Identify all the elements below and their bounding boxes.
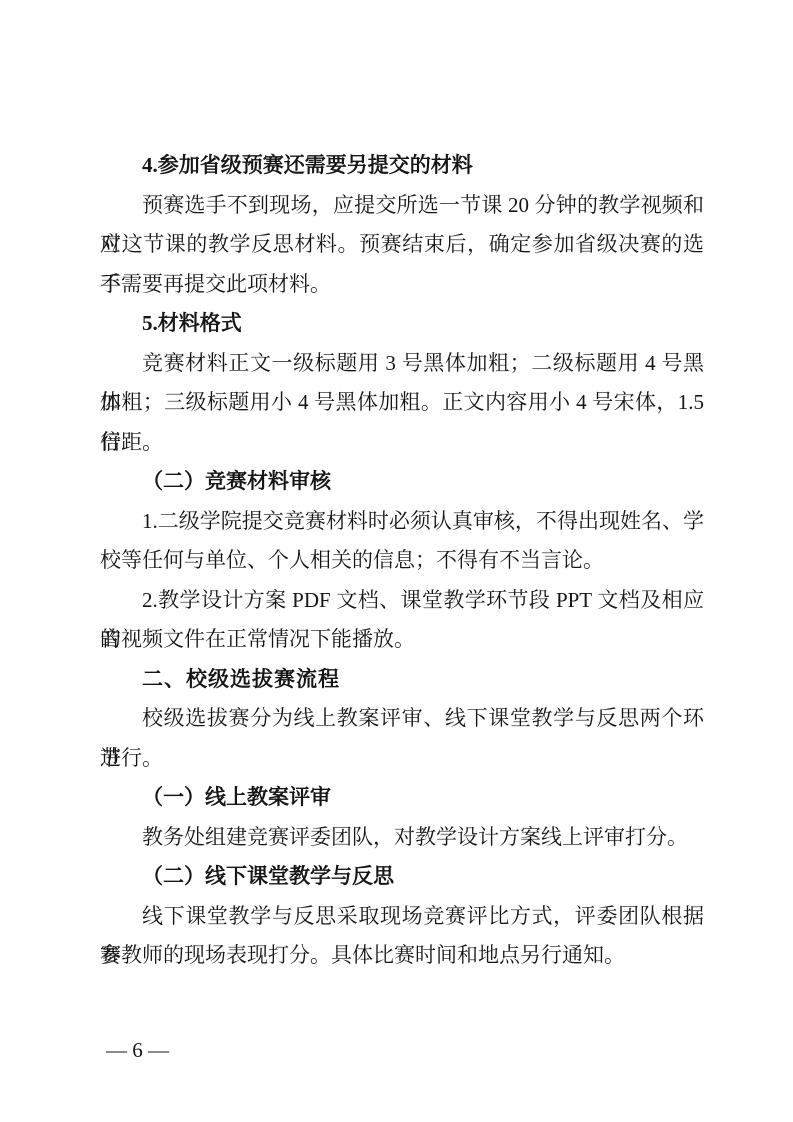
text-line: 加粗；三级标题用小 4 号黑体加粗。正文内容用小 4 号宋体，1.5 倍 [100, 383, 704, 423]
section-heading-online-review: （一）线上教案评审 [100, 778, 704, 818]
text-line: 音视频文件在正常情况下能播放。 [100, 620, 704, 660]
text-line: 2.教学设计方案 PDF 文档、课堂教学环节段 PPT 文档及相应的 [100, 581, 704, 621]
document-content: 4.参加省级预赛还需要另提交的材料 预赛选手不到现场，应提交所选一节课 20 分… [100, 146, 704, 976]
section-heading-material-review: （二）竞赛材料审核 [100, 462, 704, 502]
text-line: 行距。 [100, 423, 704, 463]
document-page: 4.参加省级预赛还需要另提交的材料 预赛选手不到现场，应提交所选一节课 20 分… [0, 0, 793, 1122]
text-line: 应这节课的教学反思材料。预赛结束后，确定参加省级决赛的选手 [100, 225, 704, 265]
text-line: 竞赛材料正文一级标题用 3 号黑体加粗；二级标题用 4 号黑体 [100, 344, 704, 384]
text-line: 进行。 [100, 739, 704, 779]
section-heading-offline-teaching: （二）线下课堂教学与反思 [100, 857, 704, 897]
section-heading-school-selection-process: 二、校级选拔赛流程 [100, 660, 704, 700]
text-line: 线下课堂教学与反思采取现场竞赛评比方式，评委团队根据参 [100, 897, 704, 937]
section-heading-4-extra-materials: 4.参加省级预赛还需要另提交的材料 [100, 146, 704, 186]
page-number: — 6 — [106, 1031, 169, 1070]
text-line: 校级选拔赛分为线上教案评审、线下课堂教学与反思两个环节 [100, 699, 704, 739]
text-line: 不需要再提交此项材料。 [100, 265, 704, 305]
section-heading-5-material-format: 5.材料格式 [100, 304, 704, 344]
text-line: 赛教师的现场表现打分。具体比赛时间和地点另行通知。 [100, 936, 704, 976]
text-line: 预赛选手不到现场，应提交所选一节课 20 分钟的教学视频和对 [100, 186, 704, 226]
text-line: 1.二级学院提交竞赛材料时必须认真审核，不得出现姓名、学 [100, 502, 704, 542]
text-line: 校等任何与单位、个人相关的信息；不得有不当言论。 [100, 541, 704, 581]
text-line: 教务处组建竞赛评委团队，对教学设计方案线上评审打分。 [100, 818, 704, 858]
